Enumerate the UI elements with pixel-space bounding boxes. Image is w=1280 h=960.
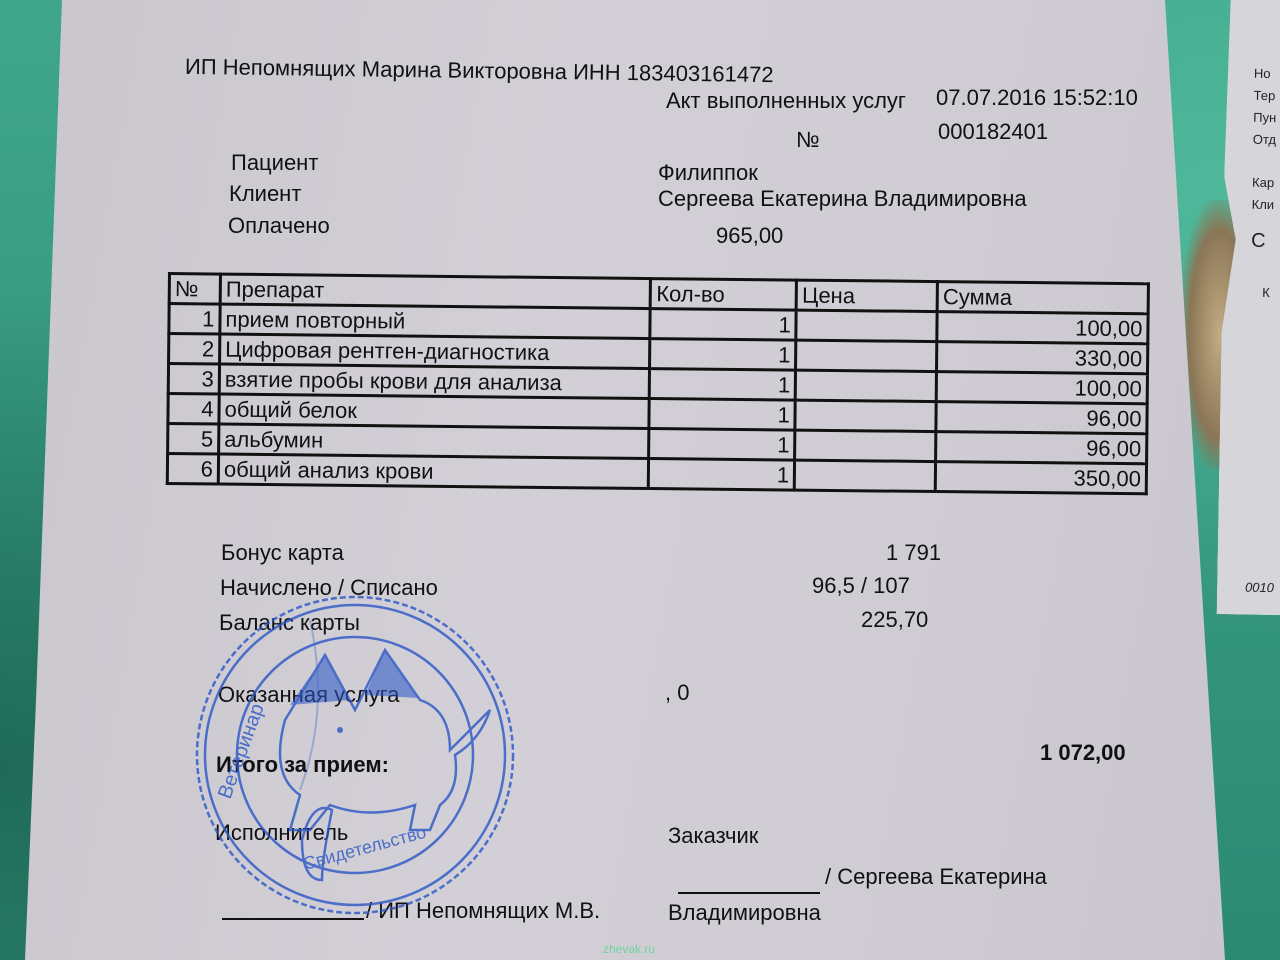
row-sum: 96,00 bbox=[936, 432, 1147, 464]
act-title: Акт выполненных услуг bbox=[666, 88, 906, 114]
accrued-label: Начислено / Списано bbox=[220, 575, 438, 601]
row-price bbox=[796, 310, 937, 341]
accrued-value: 96,5 / 107 bbox=[812, 573, 910, 599]
customer-name-line1: / Сергеева Екатерина bbox=[825, 864, 1047, 890]
row-sum: 100,00 bbox=[936, 372, 1147, 404]
row-item: прием повторный bbox=[220, 304, 651, 339]
row-item: Цифровая рентген-диагностика bbox=[220, 334, 651, 369]
row-item: взятие пробы крови для анализа bbox=[219, 364, 650, 399]
row-price bbox=[795, 430, 936, 461]
row-qty: 1 bbox=[649, 429, 795, 461]
side-receipt-line: Тер bbox=[1253, 88, 1275, 103]
col-header-qty: Кол-во bbox=[651, 279, 797, 311]
customer-label: Заказчик bbox=[668, 823, 758, 849]
number-label: № bbox=[796, 127, 820, 153]
row-number: 1 bbox=[169, 304, 220, 335]
row-number: 6 bbox=[167, 454, 218, 485]
client-value: Сергеева Екатерина Владимировна bbox=[658, 186, 1027, 212]
paid-value: 965,00 bbox=[716, 223, 783, 249]
side-receipt-line: К bbox=[1262, 285, 1270, 300]
row-sum: 100,00 bbox=[937, 312, 1148, 344]
row-price bbox=[795, 400, 936, 431]
side-receipt-line: Но bbox=[1254, 66, 1271, 81]
paid-label: Оплачено bbox=[228, 213, 330, 239]
side-receipt-line: Кар bbox=[1252, 175, 1274, 190]
row-qty: 1 bbox=[649, 459, 795, 491]
client-label: Клиент bbox=[229, 181, 301, 207]
total-value: 1 072,00 bbox=[1040, 740, 1126, 766]
side-receipt-line: Пун bbox=[1253, 110, 1276, 125]
executor-name: / ИП Непомнящих М.В. bbox=[366, 898, 600, 924]
customer-name-line2: Владимировна bbox=[668, 900, 821, 926]
row-qty: 1 bbox=[650, 339, 796, 371]
bonus-card-label: Бонус карта bbox=[221, 540, 344, 566]
row-price bbox=[795, 460, 936, 491]
row-item: общий анализ крови bbox=[218, 454, 649, 489]
service-label: Оказанная услуга bbox=[218, 682, 399, 708]
row-price bbox=[796, 370, 937, 401]
row-number: 5 bbox=[168, 424, 219, 455]
act-number: 000182401 bbox=[938, 119, 1048, 145]
row-qty: 1 bbox=[650, 369, 796, 401]
row-sum: 330,00 bbox=[937, 342, 1148, 374]
row-number: 2 bbox=[169, 334, 220, 365]
side-receipt-line: Отд bbox=[1253, 132, 1276, 147]
watermark: zhevak.ru bbox=[603, 942, 655, 956]
executor-signature-line bbox=[222, 918, 364, 920]
row-price bbox=[796, 340, 937, 371]
col-header-price: Цена bbox=[796, 280, 937, 311]
balance-label: Баланс карты bbox=[219, 610, 360, 636]
executor-label: Исполнитель bbox=[215, 820, 348, 846]
total-label: Итого за прием: bbox=[216, 752, 389, 778]
side-receipt-line: С bbox=[1251, 230, 1266, 253]
row-sum: 350,00 bbox=[935, 462, 1146, 494]
row-item: общий белок bbox=[219, 394, 650, 429]
customer-signature-line bbox=[678, 892, 820, 894]
balance-value: 225,70 bbox=[861, 607, 928, 633]
row-item: альбумин bbox=[219, 424, 650, 459]
col-header-item: Препарат bbox=[220, 274, 651, 309]
row-qty: 1 bbox=[650, 309, 796, 341]
row-number: 4 bbox=[168, 394, 219, 425]
patient-label: Пациент bbox=[231, 150, 318, 176]
row-number: 3 bbox=[168, 364, 219, 395]
services-table: № Препарат Кол-во Цена Сумма 1прием повт… bbox=[166, 272, 1150, 495]
col-header-sum: Сумма bbox=[937, 282, 1148, 314]
service-value: , 0 bbox=[665, 680, 689, 706]
side-receipt-line: Кли bbox=[1252, 197, 1275, 212]
bonus-card-value: 1 791 bbox=[886, 540, 941, 566]
act-datetime: 07.07.2016 15:52:10 bbox=[936, 85, 1138, 111]
side-receipt-line: 0010 bbox=[1245, 580, 1274, 596]
patient-value: Филиппок bbox=[658, 160, 758, 186]
col-header-number: № bbox=[169, 274, 220, 305]
row-qty: 1 bbox=[649, 399, 795, 431]
row-sum: 96,00 bbox=[936, 402, 1147, 434]
